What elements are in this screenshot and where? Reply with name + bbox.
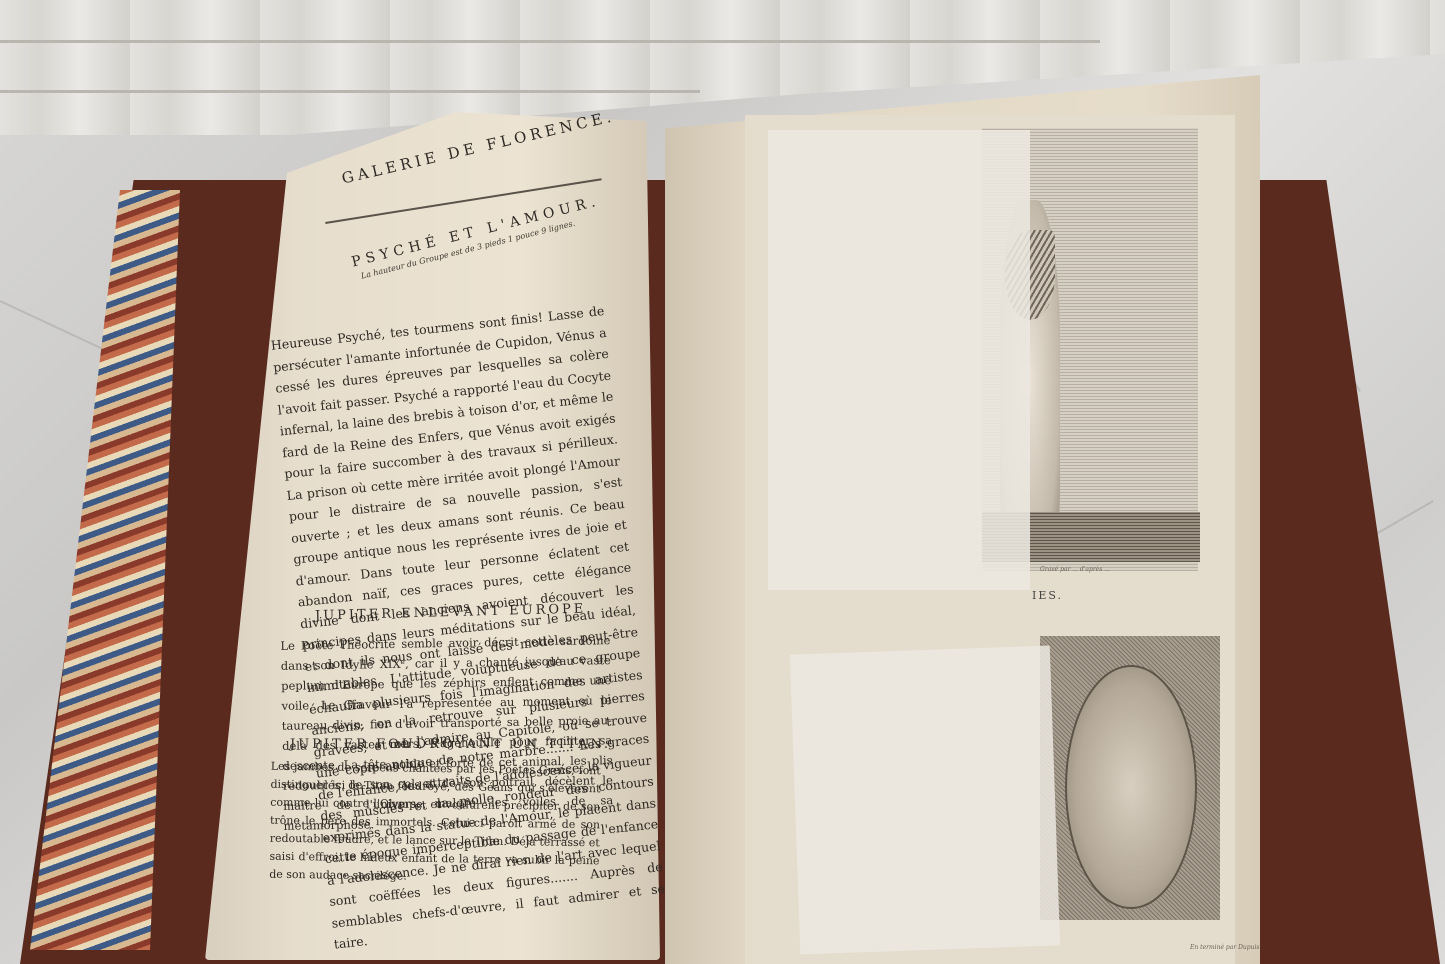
section-title-titan: JUPITER FOUDROYANT UN TITAN. xyxy=(290,737,611,752)
plate-title: IES. xyxy=(1032,589,1063,602)
engraving-bottom-caption: En terminé par Dupuis xyxy=(1190,944,1259,951)
paragraph-titan: Les jambes de serpens chantées par les P… xyxy=(269,758,601,889)
wood-seam xyxy=(0,90,700,93)
tissue-guard-bottom xyxy=(790,646,1060,955)
engraving-top-caption: Gravé par ... d'après ... xyxy=(1040,566,1110,573)
tissue-guard-top xyxy=(768,130,1030,590)
oval-gem-engraving xyxy=(1065,665,1197,909)
wood-seam xyxy=(0,40,1100,43)
